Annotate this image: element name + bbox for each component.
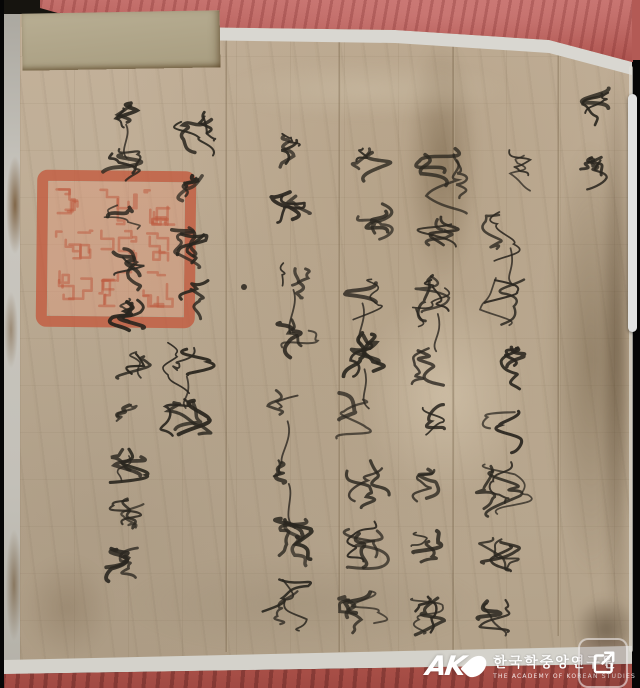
paper-stain (124, 556, 484, 652)
red-seal-stamp (35, 169, 197, 329)
expand-button[interactable] (578, 638, 628, 688)
aks-watermark: AK 한국학중앙연구원 THE ACADEMY OF KOREAN STUDIE… (0, 646, 638, 686)
fold-crease (452, 36, 455, 652)
aks-logo-text: AK (424, 653, 466, 680)
paper-highlight (360, 290, 530, 500)
fold-crease (338, 36, 341, 652)
red-silk-top-edge (632, 0, 640, 62)
scrollbar-thumb[interactable] (628, 94, 637, 332)
document-image[interactable] (4, 0, 632, 688)
aks-logo: AK (424, 653, 487, 680)
paper-highlight (218, 60, 518, 120)
open-in-new-icon (589, 649, 617, 677)
fold-crease (225, 36, 228, 652)
fold-crease (557, 36, 560, 636)
paper-patch (22, 10, 221, 70)
image-viewer: AK 한국학중앙연구원 THE ACADEMY OF KOREAN STUDIE… (0, 0, 640, 688)
paper-stain (22, 556, 112, 660)
